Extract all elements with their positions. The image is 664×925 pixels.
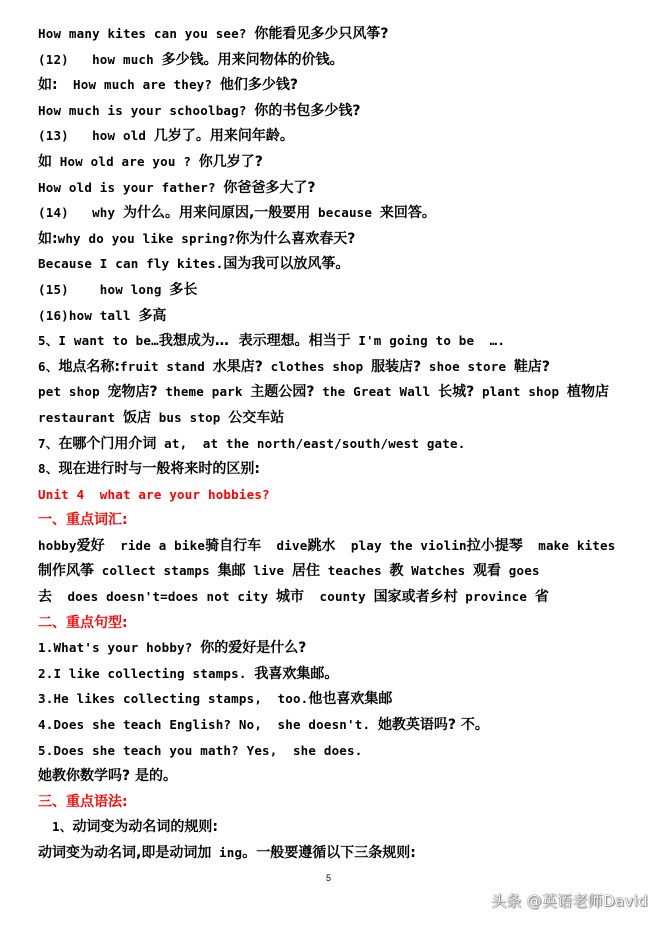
text-line: 7、在哪个门用介词 at, at the north/east/south/we… (38, 431, 638, 457)
section-heading-grammar: 三、重点语法: (38, 789, 638, 815)
text-line: (15) how long 多长 (38, 277, 638, 303)
text-line: restaurant 饭店 bus stop 公交车站 (38, 405, 638, 431)
sentence-line: 4.Does she teach English? No, she doesn'… (38, 712, 638, 738)
grammar-subheading: 1、动词变为动名词的规则: (38, 814, 638, 840)
text-line: (14) why 为什么。用来问原因,一般要用 because 来回答。 (38, 200, 638, 226)
sentence-line: 2.I like collecting stamps. 我喜欢集邮。 (38, 661, 638, 687)
text-line: 如:why do you like spring?你为什么喜欢春天? (38, 226, 638, 252)
page-number: 5 (326, 873, 331, 883)
sentence-line: 5.Does she teach you math? Yes, she does… (38, 738, 638, 764)
text-line: (12) how much 多少钱。用来问物体的价钱。 (38, 47, 638, 73)
sentence-line: 1.What's your hobby? 你的爱好是什么? (38, 635, 638, 661)
text-line: How much is your schoolbag? 你的书包多少钱? (38, 98, 638, 124)
text-line: How many kites can you see? 你能看见多少只风筝? (38, 21, 638, 47)
vocab-line: 制作风筝 collect stamps 集邮 live 居住 teaches 教… (38, 558, 638, 584)
sentence-line: 3.He likes collecting stamps, too.他也喜欢集邮 (38, 686, 638, 712)
section-heading-sentences: 二、重点句型: (38, 610, 638, 636)
vocab-line: hobby爱好 ride a bike骑自行车 dive跳水 play the … (38, 533, 638, 559)
vocab-line: 去 does doesn't=does not city 城市 county 国… (38, 584, 638, 610)
grammar-line: 动词变为动名词,即是动词加 ing。一般要遵循以下三条规则: (38, 840, 638, 866)
section-heading-vocabulary: 一、重点词汇: (38, 507, 638, 533)
text-line: (13) how old 几岁了。用来问年龄。 (38, 123, 638, 149)
text-line: 如: How much are they? 他们多少钱? (38, 72, 638, 98)
unit-title: Unit 4 what are your hobbies? (38, 482, 638, 508)
text-line: 如 How old are you ? 你几岁了? (38, 149, 638, 175)
watermark: 头条 @英语老师David (491, 890, 648, 911)
text-line: 6、地点名称:fruit stand 水果店? clothes shop 服装店… (38, 354, 638, 380)
document-page: How many kites can you see? 你能看见多少只风筝? (… (38, 21, 638, 866)
text-line: Because I can fly kites.国为我可以放风筝。 (38, 251, 638, 277)
text-line: 8、现在进行时与一般将来时的区别: (38, 456, 638, 482)
text-line: 5、I want to be…我想成为… 表示理想。相当于 I'm going … (38, 328, 638, 354)
text-line: How old is your father? 你爸爸多大了? (38, 175, 638, 201)
text-line: pet shop 宠物店? theme park 主题公园? the Great… (38, 379, 638, 405)
text-line: (16)how tall 多高 (38, 303, 638, 329)
sentence-line: 她教你数学吗? 是的。 (38, 763, 638, 789)
